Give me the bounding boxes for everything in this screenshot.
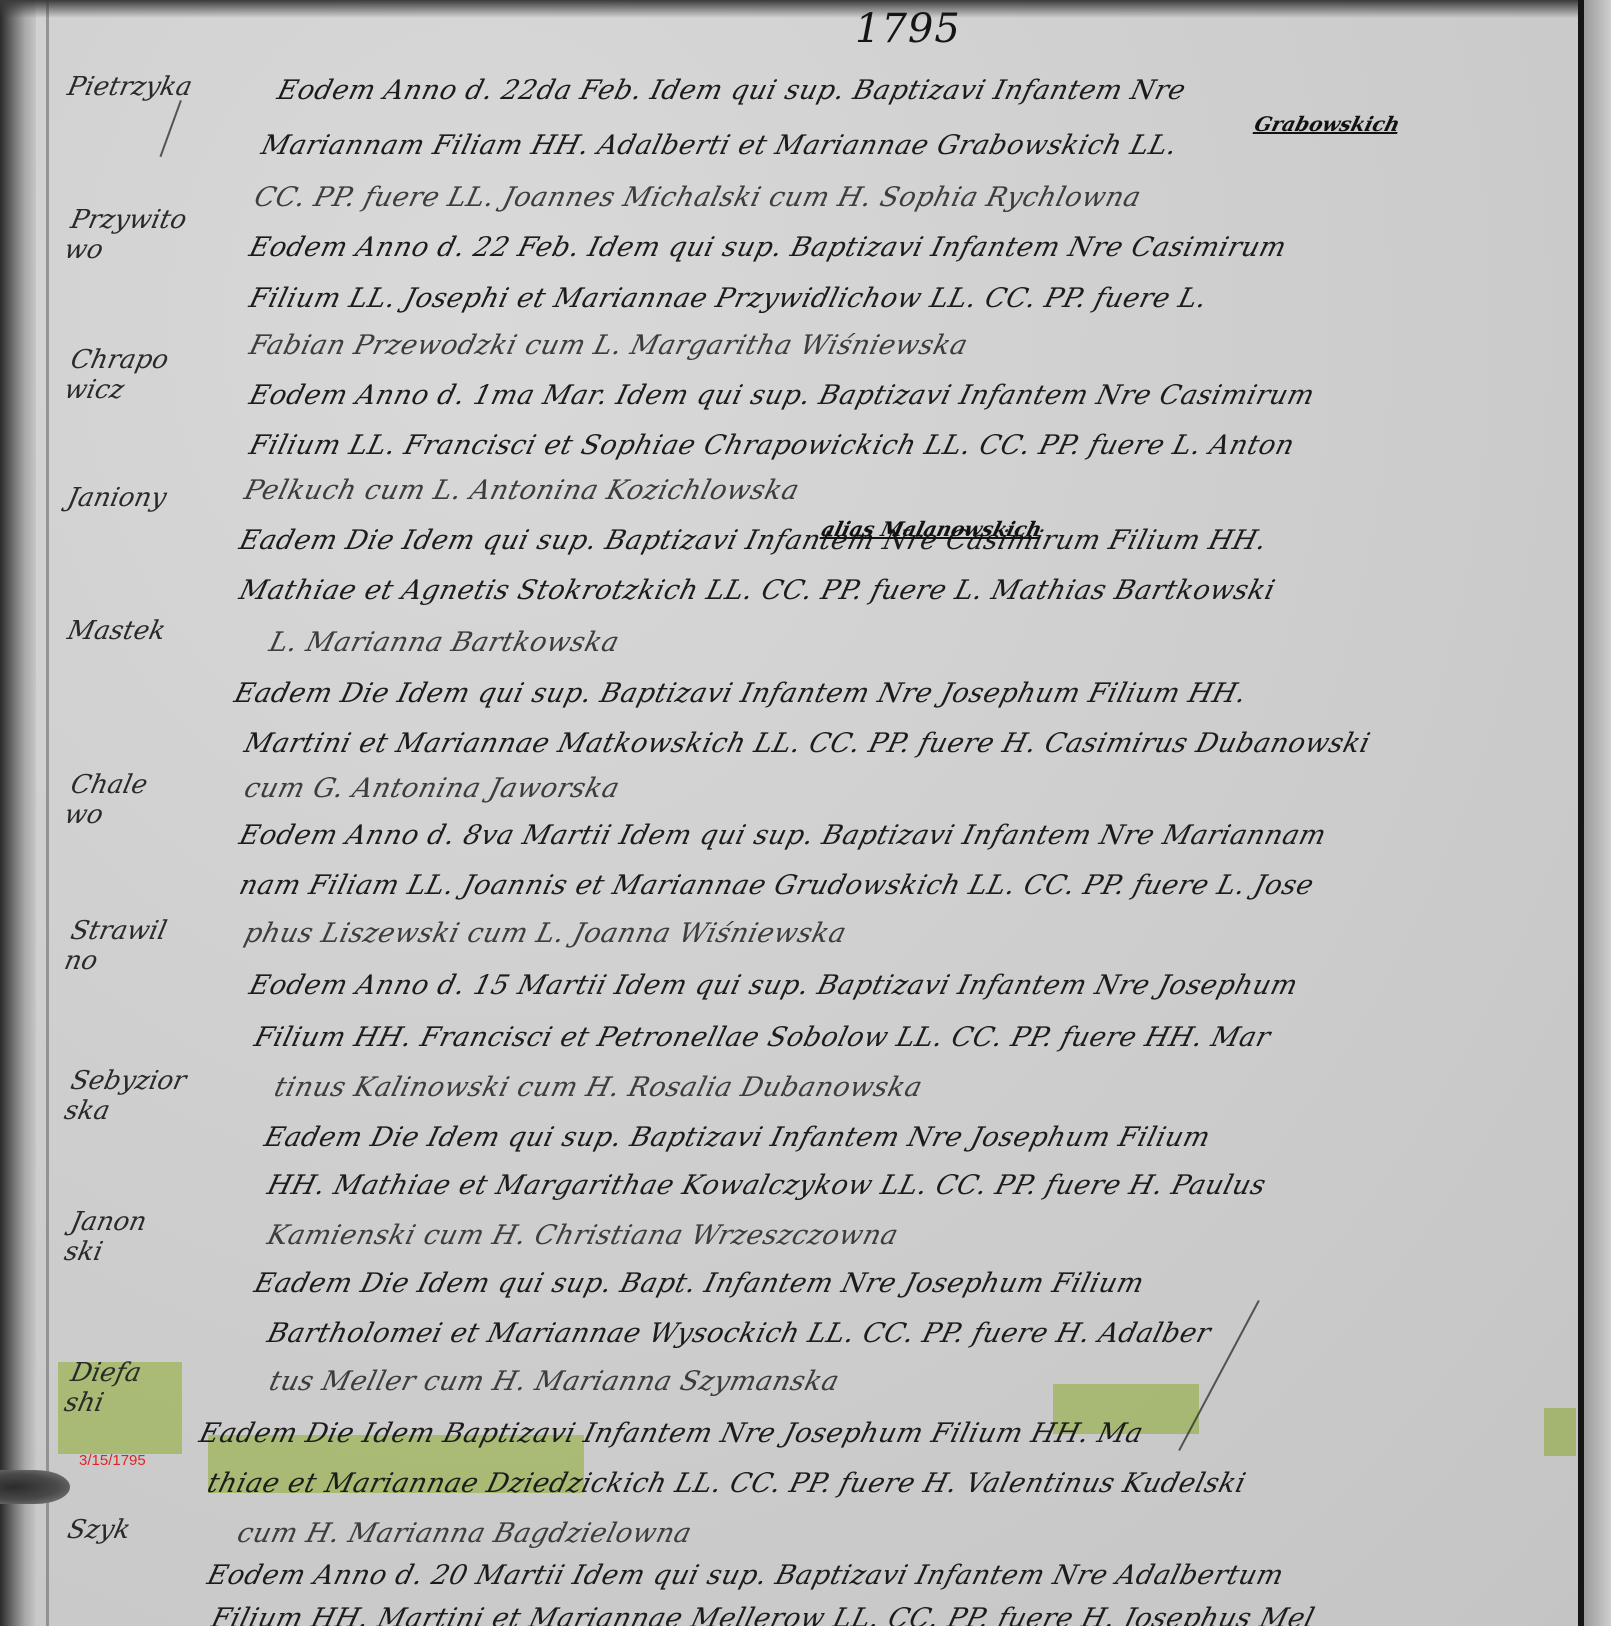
register-line: Eodem Anno d. 1ma Mar. Idem qui sup. Bap… (246, 380, 1318, 411)
register-line: Mariannam Filiam HH. Adalberti et Marian… (258, 130, 1180, 161)
register-line: thiae et Mariannae Dziedzickich LL. CC. … (204, 1468, 1249, 1499)
margin-rule (46, 0, 49, 1626)
register-line: tinus Kalinowski cum H. Rosalia Dubanows… (271, 1072, 926, 1103)
margin-surname: Chale wo (62, 770, 215, 830)
register-line: Eadem Die Idem qui sup. Baptizavi Infant… (261, 1122, 1213, 1153)
register-line: Fabian Przewodzki cum L. Margaritha Wiśn… (246, 330, 971, 361)
margin-surname: Diefa shi (62, 1358, 215, 1418)
register-line: Bartholomei et Mariannae Wysockich LL. C… (264, 1318, 1214, 1349)
margin-surname: Strawil no (62, 916, 215, 976)
register-line: Filium HH. Francisci et Petronellae Sobo… (251, 1022, 1274, 1053)
margin-surname: Chrapo wicz (62, 345, 215, 405)
register-line: Eodem Anno d. 20 Martii Idem qui sup. Ba… (204, 1560, 1287, 1591)
register-line: Eadem Die Idem qui sup. Baptizavi Infant… (236, 525, 1270, 556)
page-top-shadow (0, 0, 1611, 18)
margin-surname: Sebyzior ska (62, 1066, 215, 1126)
manuscript-page: 1795 PietrzykaPrzywito woChrapo wiczJani… (0, 0, 1611, 1626)
register-line: Filium HH. Martini et Mariannae Mellerow… (208, 1603, 1318, 1626)
register-line: Mathiae et Agnetis Stokrotzkich LL. CC. … (236, 575, 1278, 606)
register-line: cum G. Antonina Jaworska (241, 773, 623, 804)
margin-surname: Szyk (65, 1515, 211, 1545)
margin-surname: Pietrzyka (65, 72, 211, 102)
register-line: nam Filiam LL. Joannis et Mariannae Grud… (236, 870, 1317, 901)
register-line: Eodem Anno d. 22 Feb. Idem qui sup. Bapt… (246, 232, 1290, 263)
register-line: Eodem Anno d. 15 Martii Idem qui sup. Ba… (246, 970, 1301, 1001)
margin-surname: Przywito wo (62, 205, 215, 265)
page-pointer-object (0, 1470, 70, 1504)
margin-cross-mark (159, 100, 181, 157)
register-line: Eadem Die Idem Baptizavi Infantem Nre Jo… (196, 1418, 1146, 1449)
register-line: Filium LL. Josephi et Mariannae Przywidl… (246, 283, 1210, 314)
register-line: Eodem Anno d. 8va Martii Idem qui sup. B… (236, 820, 1329, 851)
margin-surname: Mastek (65, 616, 211, 646)
register-line: Eadem Die Idem qui sup. Baptizavi Infant… (231, 678, 1250, 709)
register-line: CC. PP. fuere LL. Joannes Michalski cum … (251, 182, 1144, 213)
register-line: Filium LL. Francisci et Sophiae Chrapowi… (246, 430, 1298, 461)
register-line: Kamienski cum H. Christiana Wrzeszczowna (264, 1220, 901, 1251)
register-line: HH. Mathiae et Margarithae Kowalczykow L… (264, 1170, 1269, 1201)
margin-surname: Janon ski (62, 1207, 215, 1267)
register-line: phus Liszewski cum L. Joanna Wiśniewska (241, 918, 850, 949)
register-line: cum H. Marianna Bagdzielowna (234, 1518, 695, 1549)
highlight-father-name-fragment (1544, 1408, 1576, 1456)
margin-surname: Janiony (65, 483, 211, 513)
date-annotation: 3/15/1795 (79, 1452, 146, 1469)
page-year-number: 1795 (855, 6, 961, 52)
interlinear-insert: Grabowskich (1252, 112, 1403, 136)
register-line: Martini et Mariannae Matkowskich LL. CC.… (241, 728, 1373, 759)
book-binding (0, 0, 36, 1626)
facing-page-edge (1584, 0, 1611, 1626)
register-line: tus Meller cum H. Marianna Szymanska (266, 1366, 842, 1397)
register-line: L. Marianna Bartkowska (266, 627, 622, 658)
interlinear-insert: alias Malanowskich (819, 517, 1045, 541)
register-line: Eodem Anno d. 22da Feb. Idem qui sup. Ba… (274, 75, 1189, 106)
register-line: Pelkuch cum L. Antonina Kozichlowska (241, 475, 802, 506)
register-line: Eadem Die Idem qui sup. Bapt. Infantem N… (251, 1268, 1147, 1299)
